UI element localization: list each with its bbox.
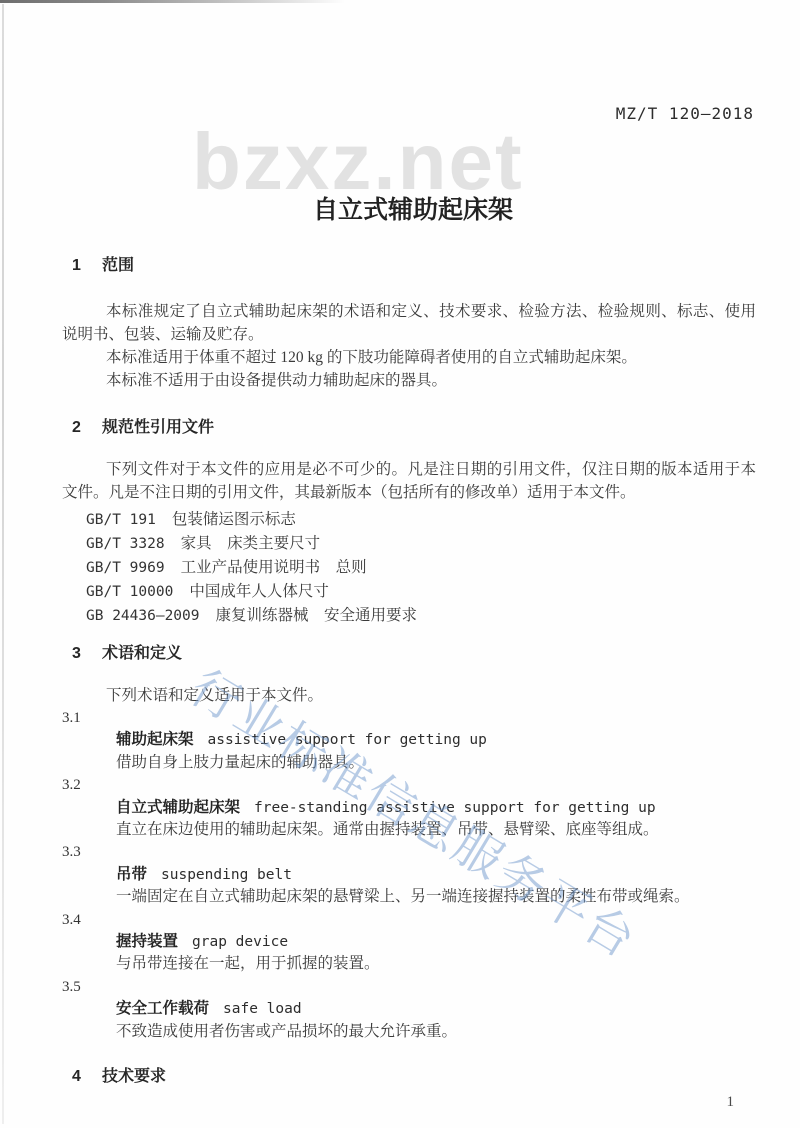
section-3-intro: 下列术语和定义适用于本文件。 bbox=[62, 684, 756, 707]
reference-item: GB/T 9969工业产品使用说明书 总则 bbox=[62, 556, 756, 580]
scanned-page: MZ/T 120—2018 bzxz.net 行业标准信息服务平台 自立式辅助起… bbox=[0, 0, 800, 1128]
reference-title: 家具 床类主要尺寸 bbox=[181, 535, 321, 552]
reference-item: GB 24436—2009康复训练器械 安全通用要求 bbox=[62, 604, 756, 628]
term-definition: 借助自身上肢力量起床的辅助器具。 bbox=[62, 752, 756, 774]
scan-edge-left bbox=[2, 4, 4, 1124]
section-2-number: 2 bbox=[72, 418, 88, 438]
page-number: 1 bbox=[727, 1094, 735, 1111]
section-2-title: 规范性引用文件 bbox=[102, 419, 214, 436]
section-4-heading: 4技术要求 bbox=[62, 1067, 756, 1087]
standard-number: MZ/T 120—2018 bbox=[616, 104, 754, 123]
section-3-heading: 3术语和定义 bbox=[62, 644, 756, 664]
section-4-title: 技术要求 bbox=[102, 1068, 166, 1085]
term-chinese: 握持装置 bbox=[116, 933, 178, 950]
reference-item: GB/T 10000中国成年人人体尺寸 bbox=[62, 580, 756, 604]
reference-title: 康复训练器械 安全通用要求 bbox=[216, 607, 418, 624]
section-2-paragraph-1: 下列文件对于本文件的应用是必不可少的。凡是注日期的引用文件，仅注日期的版本适用于… bbox=[62, 458, 756, 504]
term-entry: 安全工作载荷safe load bbox=[62, 998, 756, 1020]
term-chinese: 辅助起床架 bbox=[116, 731, 194, 748]
term-english: safe load bbox=[223, 1001, 302, 1017]
term-chinese: 自立式辅助起床架 bbox=[116, 799, 240, 816]
term-number: 3.1 bbox=[62, 707, 756, 729]
section-1-heading: 1范围 bbox=[62, 256, 756, 276]
reference-code: GB/T 191 bbox=[86, 512, 156, 528]
section-3-number: 3 bbox=[72, 644, 88, 664]
reference-code: GB/T 9969 bbox=[86, 560, 165, 576]
section-1-paragraph-3: 本标准不适用于由设备提供动力辅助起床的器具。 bbox=[62, 369, 756, 392]
term-chinese: 安全工作载荷 bbox=[116, 1000, 209, 1017]
section-1-paragraph-2: 本标准适用于体重不超过 120 kg 的下肢功能障碍者使用的自立式辅助起床架。 bbox=[62, 346, 756, 369]
term-english: suspending belt bbox=[161, 867, 292, 883]
reference-code: GB 24436—2009 bbox=[86, 608, 200, 624]
reference-item: GB/T 3328家具 床类主要尺寸 bbox=[62, 532, 756, 556]
section-4-number: 4 bbox=[72, 1067, 88, 1087]
section-2-heading: 2规范性引用文件 bbox=[62, 418, 756, 438]
section-1-title: 范围 bbox=[102, 257, 134, 274]
terms-and-definitions: 3.1 辅助起床架assistive support for getting u… bbox=[62, 707, 756, 1043]
reference-item: GB/T 191包装储运图示标志 bbox=[62, 508, 756, 532]
term-definition: 一端固定在自立式辅助起床架的悬臂梁上、另一端连接握持装置的柔性布带或绳索。 bbox=[62, 886, 756, 908]
term-number: 3.3 bbox=[62, 841, 756, 863]
reference-title: 中国成年人人体尺寸 bbox=[189, 583, 329, 600]
term-entry: 辅助起床架assistive support for getting up bbox=[62, 729, 756, 751]
document-title: 自立式辅助起床架 bbox=[0, 190, 800, 226]
term-definition: 不致造成使用者伤害或产品损坏的最大允许承重。 bbox=[62, 1021, 756, 1043]
normative-references-list: GB/T 191包装储运图示标志 GB/T 3328家具 床类主要尺寸 GB/T… bbox=[62, 508, 756, 628]
term-english: grap device bbox=[192, 934, 288, 950]
term-entry: 吊带suspending belt bbox=[62, 864, 756, 886]
scan-edge-top bbox=[0, 0, 345, 3]
term-number: 3.4 bbox=[62, 909, 756, 931]
section-1-number: 1 bbox=[72, 256, 88, 276]
section-3-title: 术语和定义 bbox=[102, 645, 182, 662]
section-1-paragraph-1: 本标准规定了自立式辅助起床架的术语和定义、技术要求、检验方法、检验规则、标志、使… bbox=[62, 300, 756, 346]
term-chinese: 吊带 bbox=[116, 866, 147, 883]
reference-title: 工业产品使用说明书 总则 bbox=[181, 559, 367, 576]
reference-code: GB/T 3328 bbox=[86, 536, 165, 552]
reference-title: 包装储运图示标志 bbox=[172, 511, 296, 528]
reference-code: GB/T 10000 bbox=[86, 584, 173, 600]
